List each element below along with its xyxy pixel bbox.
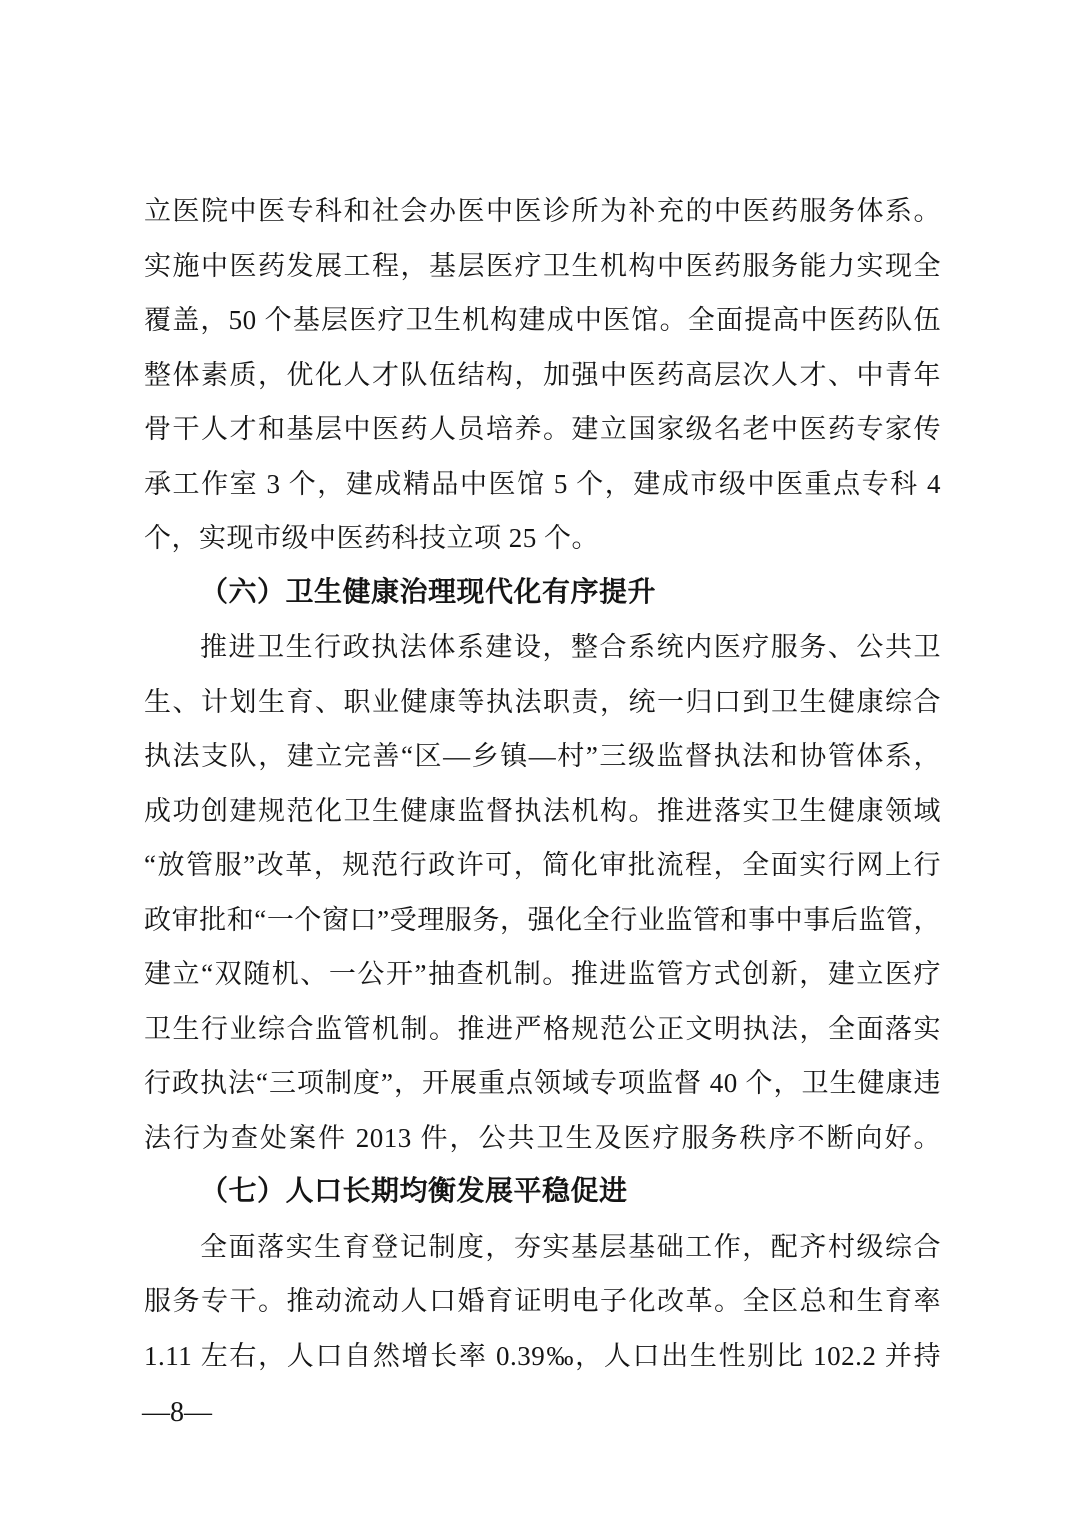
text-line: 立医院中医专科和社会办医中医诊所为补充的中医药服务体系。 <box>144 184 941 239</box>
page-number: —8— <box>142 1398 212 1428</box>
text-line: 法行为查处案件 2013 件，公共卫生及医疗服务秩序不断向好。 <box>144 1111 941 1166</box>
section-heading: （六）卫生健康治理现代化有序提升 <box>144 566 941 621</box>
text-line: 行政执法“三项制度”，开展重点领域专项监督 40 个，卫生健康违 <box>144 1056 941 1111</box>
text-line: 建立“双随机、一公开”抽查机制。推进监管方式创新，建立医疗 <box>144 947 941 1002</box>
text-line: 实施中医药发展工程，基层医疗卫生机构中医药服务能力实现全 <box>144 239 941 294</box>
text-line: 政审批和“一个窗口”受理服务，强化全行业监管和事中事后监管， <box>144 893 941 948</box>
text-line: 执法支队，建立完善“区—乡镇—村”三级监督执法和协管体系， <box>144 729 941 784</box>
text-line: 覆盖，50 个基层医疗卫生机构建成中医馆。全面提高中医药队伍 <box>144 293 941 348</box>
text-line: 服务专干。推动流动人口婚育证明电子化改革。全区总和生育率 <box>144 1274 941 1329</box>
section-heading: （七）人口长期均衡发展平稳促进 <box>144 1165 941 1220</box>
content-area: 立医院中医专科和社会办医中医诊所为补充的中医药服务体系。实施中医药发展工程，基层… <box>144 184 941 1383</box>
text-line: 全面落实生育登记制度，夯实基层基础工作，配齐村级综合 <box>144 1220 941 1275</box>
document-page: 立医院中医专科和社会办医中医诊所为补充的中医药服务体系。实施中医药发展工程，基层… <box>0 0 1074 1520</box>
text-line: 整体素质，优化人才队伍结构，加强中医药高层次人才、中青年 <box>144 348 941 403</box>
text-line: 1.11 左右，人口自然增长率 0.39‰，人口出生性别比 102.2 并持 <box>144 1329 941 1384</box>
text-line: 生、计划生育、职业健康等执法职责，统一归口到卫生健康综合 <box>144 675 941 730</box>
text-line: “放管服”改革，规范行政许可，简化审批流程，全面实行网上行 <box>144 838 941 893</box>
text-line: 承工作室 3 个，建成精品中医馆 5 个，建成市级中医重点专科 4 <box>144 457 941 512</box>
text-line: 卫生行业综合监管机制。推进严格规范公正文明执法，全面落实 <box>144 1002 941 1057</box>
text-line: 骨干人才和基层中医药人员培养。建立国家级名老中医药专家传 <box>144 402 941 457</box>
text-line: 成功创建规范化卫生健康监督执法机构。推进落实卫生健康领域 <box>144 784 941 839</box>
text-line: 个，实现市级中医药科技立项 25 个。 <box>144 511 941 566</box>
text-line: 推进卫生行政执法体系建设，整合系统内医疗服务、公共卫 <box>144 620 941 675</box>
